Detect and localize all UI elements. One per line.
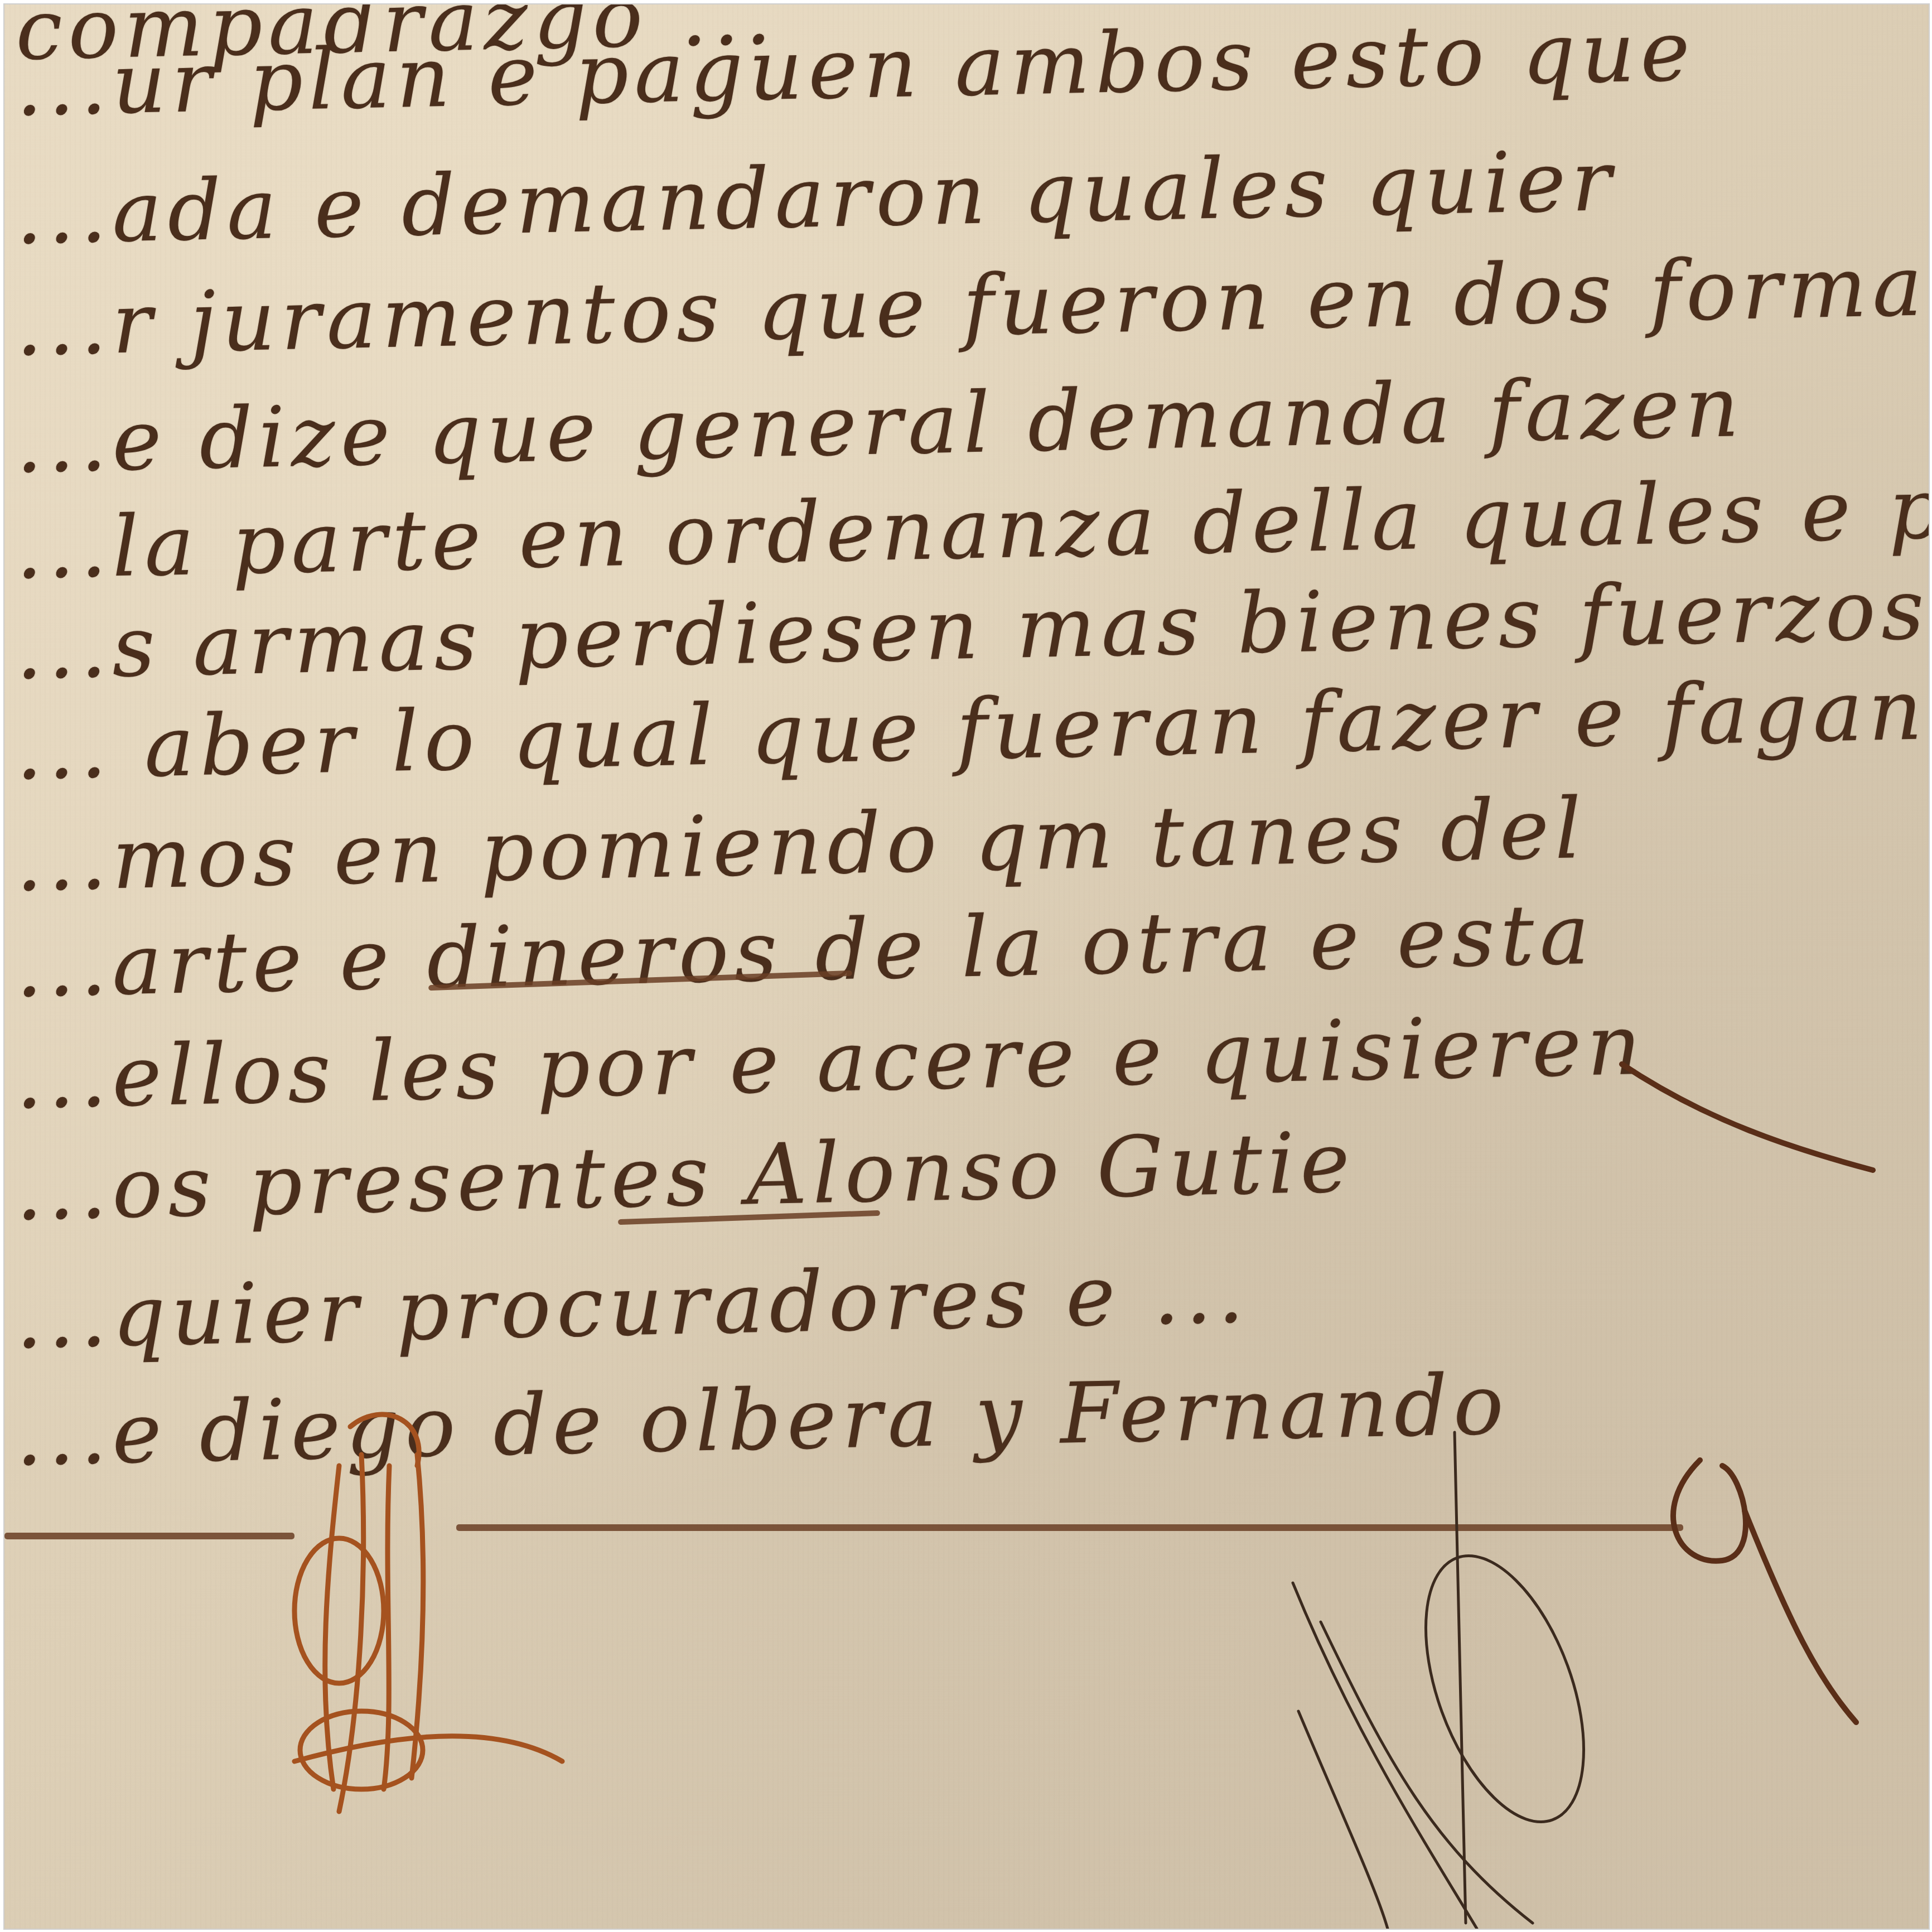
terminal-flourish-icon	[1622, 1064, 1873, 1722]
signature-right-icon	[1293, 1432, 1615, 1929]
manuscript-page: compadrazgo ... ...ur plan e paguen ambo…	[3, 3, 1930, 1930]
notary-rubric-left-icon	[294, 1414, 562, 1812]
signature-marks	[4, 4, 1929, 1929]
